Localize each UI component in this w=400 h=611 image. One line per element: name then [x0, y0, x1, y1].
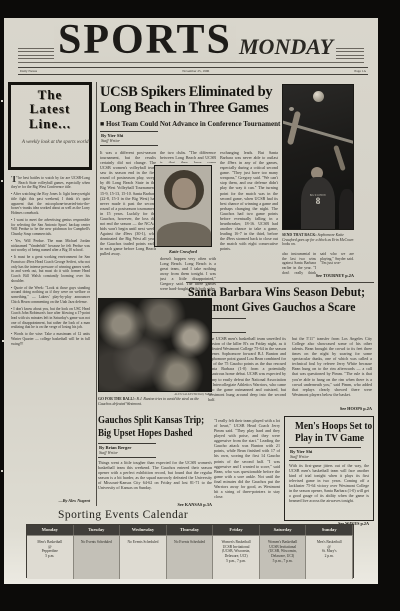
spikers-subhead: ■ Host Team Could Not Advance in Confere…	[100, 120, 280, 128]
jersey-number: 8	[301, 197, 335, 206]
latest-line-item: • Quote of the Week: "Look at those guys…	[11, 286, 90, 305]
spikers-col3: exchanging leads. But Santa Barbara was …	[220, 150, 278, 298]
photo-credit: ALEX SALKEVER/Daily Nexus	[98, 393, 212, 396]
background-player	[339, 189, 354, 230]
headshot-caption: Katie Crawford	[154, 249, 212, 254]
kansas-body: Things went a little tougher than expect…	[98, 460, 212, 502]
tv-game-headline: Men's Hoops Set to Play in TV Game	[295, 420, 363, 444]
calendar-day-header: Friday	[213, 525, 260, 535]
latest-line-title: The Latest Line...	[11, 88, 89, 131]
hoops-col1: The UCSB men's basketball team unveiled …	[208, 336, 286, 412]
scan-artifacts	[1, 100, 3, 102]
latest-line-item: • It must be a great working environment…	[11, 255, 90, 283]
basketball-caption: GO FOR THE BALL!: B.J. Bunton tries to a…	[98, 397, 212, 406]
spikers-byline: By Yier Shi Staff Writer	[100, 131, 158, 146]
hoops-headline: Santa Barbara Wins Season Debut; Westmon…	[188, 285, 365, 314]
kansas-headline: Gauchos Split Kansas Trip; Big Upset Hop…	[98, 414, 204, 439]
volleyball	[313, 91, 324, 102]
calendar-title: Sporting Events Calendar	[58, 509, 188, 521]
latest-line-item: • Yes, Will Perdue. The man Michael Jord…	[11, 239, 90, 253]
issue-date: November 25, 1996	[182, 69, 209, 73]
tv-game-byline: By Yier Shi Staff Writer	[289, 447, 361, 461]
hoops-jump: See HOOPS p.2A	[284, 406, 372, 411]
page-number: Page 1A	[354, 69, 366, 73]
calendar-day-header: Tuesday	[74, 525, 121, 535]
latest-line-column: The best battles to watch by far are UCS…	[11, 176, 90, 494]
dateline: Daily Nexus November 25, 1996 Page 1A	[18, 67, 368, 75]
calendar-table: Monday Tuesday Wednesday Thursday Friday…	[26, 524, 354, 578]
headshot-shoulders	[157, 222, 211, 247]
volleyball-photo: McCOWN 8	[282, 84, 354, 230]
latest-line-item: • I don't know about you, but the look o…	[11, 307, 90, 330]
spikers-col2-top: the two clubs. "The difference between L…	[160, 150, 216, 163]
spikers-headline: UCSB Spikers Eliminated by Long Beach in…	[100, 85, 272, 116]
calendar-event-cell: No Events Scheduled	[167, 535, 214, 579]
column-rule	[96, 82, 97, 506]
headshot-face	[172, 178, 196, 208]
latest-line-item: • Words to the wise: Take a maximum of 1…	[11, 332, 90, 346]
basketball-photo	[98, 298, 212, 392]
calendar-event-cell: No Events Scheduled	[120, 535, 167, 579]
volleyball-caption: SEND THAT BACK: Sophomore Katie Crawford…	[282, 233, 354, 247]
newspaper-page: SPORTS MONDAY Daily Nexus November 25, 1…	[4, 18, 378, 584]
katie-crawford-headshot	[154, 165, 212, 247]
player-arm	[333, 145, 346, 171]
spikers-jump: See TOURNEY p.2A	[304, 273, 354, 278]
kansas-jump: See KANSAS p.3A	[148, 502, 212, 507]
latest-line-signature: —By Alex Nugent	[11, 498, 90, 503]
latest-line-subtitle: A weekly look at the sports world!	[10, 140, 102, 147]
latest-line-item: • I want to meet the advertising genius …	[11, 218, 90, 237]
tv-game-box: Men's Hoops Set to Play in TV Game By Yi…	[284, 416, 374, 521]
publication-name: Daily Nexus	[20, 69, 37, 73]
spikers-col1: It was a different post-season tournamen…	[100, 150, 156, 300]
latest-line-box: The Latest Line...	[8, 82, 92, 170]
calendar-event-cell: Women's Basketball UCSB Invitational (UC…	[260, 535, 307, 579]
calendar-day-header: Thursday	[167, 525, 214, 535]
calendar-event-cell: Men's Basketball @ St. Mary's 2 p.m.	[306, 535, 353, 579]
calendar-day-header: Sunday	[306, 525, 353, 535]
latest-line-item: • After watching the Roy Jones Jr. light…	[11, 192, 90, 215]
masthead-edition: MONDAY	[236, 34, 336, 60]
square-bullet-icon: ■	[100, 120, 104, 128]
spikers-under-right: said who we are playing," Snyder said. "…	[320, 252, 354, 269]
calendar-day-header: Saturday	[260, 525, 307, 535]
latest-line-lead: The best battles to watch by far are UCS…	[11, 176, 90, 190]
calendar-day-header: Monday	[27, 525, 74, 535]
calendar-event-cell: Men's Basketball @ Pepperdine 5 p.m.	[27, 535, 74, 579]
calendar-day-header: Wednesday	[120, 525, 167, 535]
player-jersey: McCOWN 8	[301, 177, 335, 230]
hand-shape	[289, 107, 294, 111]
hoops-col3: "I really felt their team played with a …	[214, 418, 280, 516]
section-rule	[186, 282, 374, 283]
calendar-event-cell: No Events Scheduled	[74, 535, 121, 579]
calendar-event-cell: Women's Basketball UCSB Invitational (UC…	[213, 535, 260, 579]
masthead-title: SPORTS	[54, 18, 236, 62]
tv-game-body: With its first-game jitters out of the w…	[289, 463, 369, 519]
kansas-byline: By Brian Berger Staff Writer	[98, 443, 156, 458]
hoops-col2: but the 5'11" transfer from Los Angeles …	[292, 336, 372, 402]
